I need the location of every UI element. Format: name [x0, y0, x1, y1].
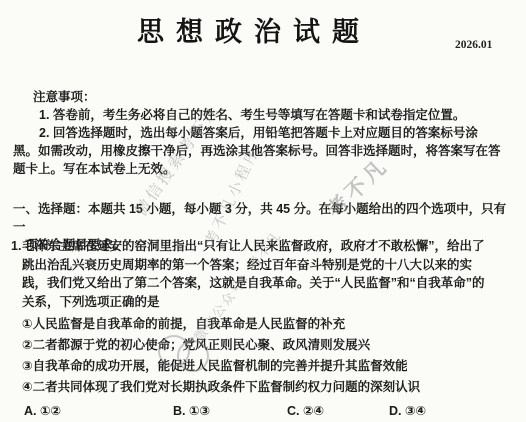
answer-choice-b: B. ①③ [173, 403, 210, 418]
page-title: 思想政治试题 [0, 10, 496, 49]
question-stem-line-1: 毛泽东主席在延安的窑洞里指出“只有让人民来监督政府，政府才不敢松懈”，给出了 [22, 237, 516, 256]
question-stem: 毛泽东主席在延安的窑洞里指出“只有让人民来监督政府，政府才不敢松懈”，给出了 跳… [11, 237, 516, 311]
answer-choices-row: A. ①② B. ①③ C. ②④ D. ③④ [11, 403, 516, 421]
notice-heading: 注意事项： [33, 88, 513, 106]
notice-item-2-line-1: 2. 回答选择题时，选出每小题答案后，用铅笔把答题卡上对应题目的答案标号涂 [13, 124, 513, 142]
statement-4: ④二者共同体现了我们党对长期执政条件下监督制约权力问题的深刻认识 [22, 377, 516, 398]
answer-choice-d: D. ③④ [389, 403, 426, 418]
notice-item-2-line-2: 黑。如需改动，用橡皮擦干净后，再选涂其他答案标号。回答非选择题时，将答案写在答 [13, 142, 513, 160]
notice-item-1: 1. 答卷前，考生务必将自己的姓名、考生号等填写在答题卡和试卷指定位置。 [13, 106, 513, 124]
question-statements: ①人民监督是自我革命的前提，自我革命是人民监督的补充 ②二者都源于党的初心使命；… [11, 314, 516, 398]
statement-1: ①人民监督是自我革命的前提，自我革命是人民监督的补充 [22, 314, 516, 335]
statement-3: ③自我革命的成功开展，能促进人民监督机制的完善并提升其监督效能 [22, 356, 516, 377]
answer-choice-c: C. ②④ [287, 403, 324, 418]
notice-section: 注意事项： 1. 答卷前，考生务必将自己的姓名、考生号等填写在答题卡和试卷指定位… [13, 88, 513, 178]
question-stem-line-2: 跳出治乱兴衰历史周期率的第一个答案；经过百年奋斗特别是党的十八大以来的实 [22, 256, 516, 275]
exam-date: 2026.01 [455, 39, 492, 51]
section-header-line-1: 一、选择题：本题共 15 小题，每小题 3 分，共 45 分。在每小题给出的四个… [13, 200, 513, 236]
notice-item-2-line-3: 题卡上。写在本试卷上无效。 [13, 160, 513, 178]
exam-paper-page: 思想政治试题 2026.01 注意事项： 1. 答卷前，考生务必将自己的姓名、考… [0, 0, 526, 422]
statement-2: ②二者都源于党的初心使命；党风正则民心聚、政风清则发展兴 [22, 335, 516, 356]
question-stem-line-4: 关系，下列选项正确的是 [22, 293, 516, 312]
question-stem-line-3: 践，我们党又给出了第二个答案，这就是自我革命。关于“人民监督”和“自我革命”的 [22, 274, 516, 293]
question-number: 1. [11, 237, 21, 256]
answer-choice-a: A. ①② [24, 403, 61, 418]
question-1: 1. 毛泽东主席在延安的窑洞里指出“只有让人民来监督政府，政府才不敢松懈”，给出… [11, 237, 516, 421]
